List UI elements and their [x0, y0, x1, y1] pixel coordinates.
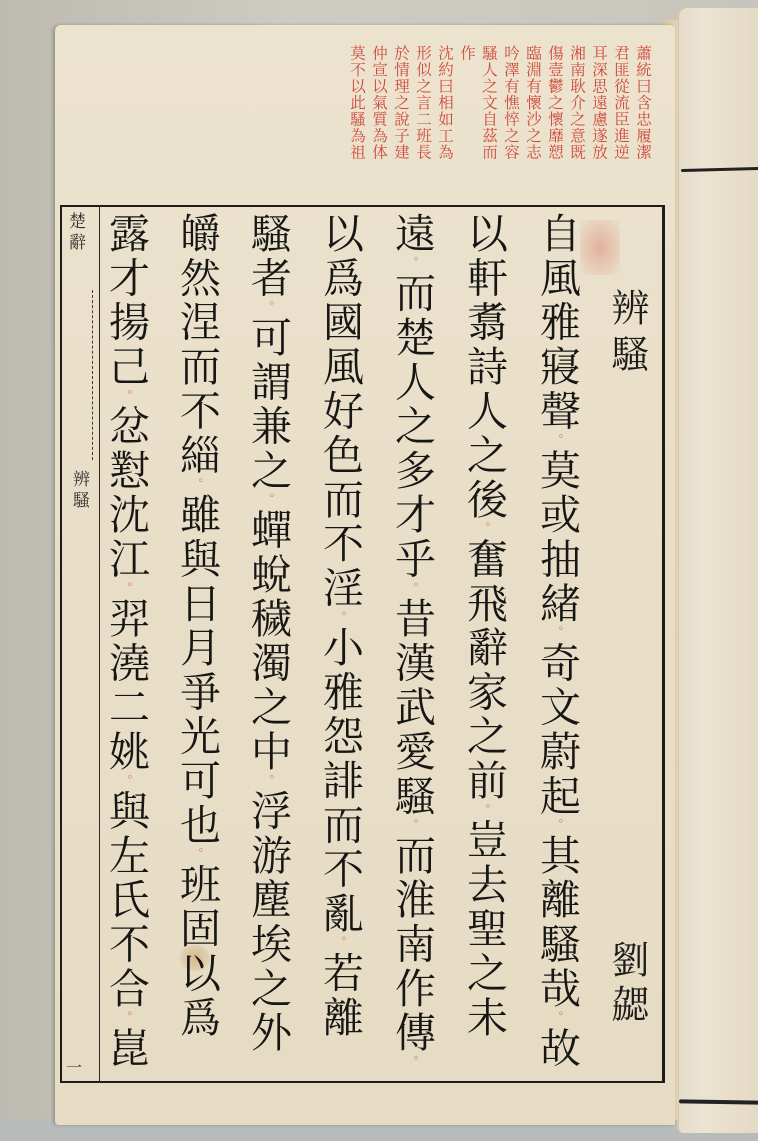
annotation-column: 吟澤有憔悴之容: [503, 45, 518, 195]
seal-stamp: [580, 220, 620, 275]
punctuation-mark: 。: [550, 626, 564, 641]
punctuation-mark: 。: [119, 1011, 133, 1026]
text-column: 遠。而楚人之多才乎。昔漢武愛騷。而淮南作傳。: [390, 212, 434, 1082]
punctuation-mark: 。: [261, 774, 275, 789]
margin-book-title: 楚辭: [63, 212, 88, 254]
punctuation-mark: 。: [119, 774, 133, 789]
punctuation-mark: 。: [550, 1011, 564, 1026]
author-name: 劉勰: [600, 940, 655, 1028]
punctuation-mark: 。: [550, 819, 564, 834]
punctuation-mark: 。: [405, 1055, 419, 1070]
punctuation-mark: 。: [261, 493, 275, 508]
red-annotation: 蕭統曰含忠履潔 君匪從流臣進逆 耳深思遠慮遂放 湘南耿介之意既 傷壹鬱之懷靡愬 …: [349, 45, 650, 195]
punctuation-mark: 。: [405, 819, 419, 834]
text-column: 騷者。可謂兼之。蟬蛻穢濁之中。浮游塵埃之外: [246, 212, 290, 1082]
facing-page: [677, 8, 758, 1133]
annotation-column: 莫不以此騷為祖: [349, 45, 364, 195]
facing-page-rule-bottom: [679, 1099, 758, 1104]
annotation-column: 傷壹鬱之懷靡愬: [547, 45, 562, 195]
punctuation-mark: 。: [119, 389, 133, 404]
text-column: 以軒翥詩人之後。奮飛辭家之前。豈去聖之未: [462, 212, 506, 1082]
text-column: 皭然涅而不緇。雖與日月爭光可也。班固以爲: [175, 212, 219, 1082]
margin-column: [60, 205, 100, 1083]
annotation-column: 沈約曰相如工為: [437, 45, 452, 195]
text-column: 露才揚己。忿懟沈江。羿澆二姚。與左氏不合。崑: [104, 212, 148, 1082]
page-number: 一: [66, 1055, 82, 1078]
annotation-column: 臨淵有懷沙之志: [525, 45, 540, 195]
annotation-column: 君匪從流臣進逆: [613, 45, 628, 195]
punctuation-mark: 。: [261, 301, 275, 316]
punctuation-mark: 。: [477, 803, 491, 818]
annotation-column: 騷人之文自茲而: [481, 45, 496, 195]
punctuation-mark: 。: [405, 256, 419, 271]
margin-dashed-rule: [92, 290, 93, 460]
chapter-title: 辨騷: [600, 288, 655, 380]
punctuation-mark: 。: [333, 611, 347, 626]
annotation-column: 湘南耿介之意既: [569, 45, 584, 195]
annotation-column: 形似之言二班長: [415, 45, 430, 195]
punctuation-mark: 。: [190, 478, 204, 493]
punctuation-mark: 。: [550, 434, 564, 449]
punctuation-mark: 。: [405, 582, 419, 597]
text-column: 自風雅寢聲。莫或抽緒。奇文蔚起。其離騷哉。故: [535, 212, 579, 1082]
punctuation-mark: 。: [190, 848, 204, 863]
annotation-column: 作: [459, 45, 474, 195]
text-column: 以爲國風好色而不淫。小雅怨誹而不亂。若離: [318, 212, 362, 1082]
annotation-column: 蕭統曰含忠履潔: [635, 45, 650, 195]
margin-chapter-title: 辨騷: [67, 470, 92, 512]
punctuation-mark: 。: [333, 936, 347, 951]
punctuation-mark: 。: [119, 582, 133, 597]
annotation-column: 耳深思遠慮遂放: [591, 45, 606, 195]
annotation-column: 於情理之說子建: [393, 45, 408, 195]
annotation-column: 仲宣以氣質為体: [371, 45, 386, 195]
facing-page-rule-top: [681, 167, 758, 172]
punctuation-mark: 。: [477, 522, 491, 537]
